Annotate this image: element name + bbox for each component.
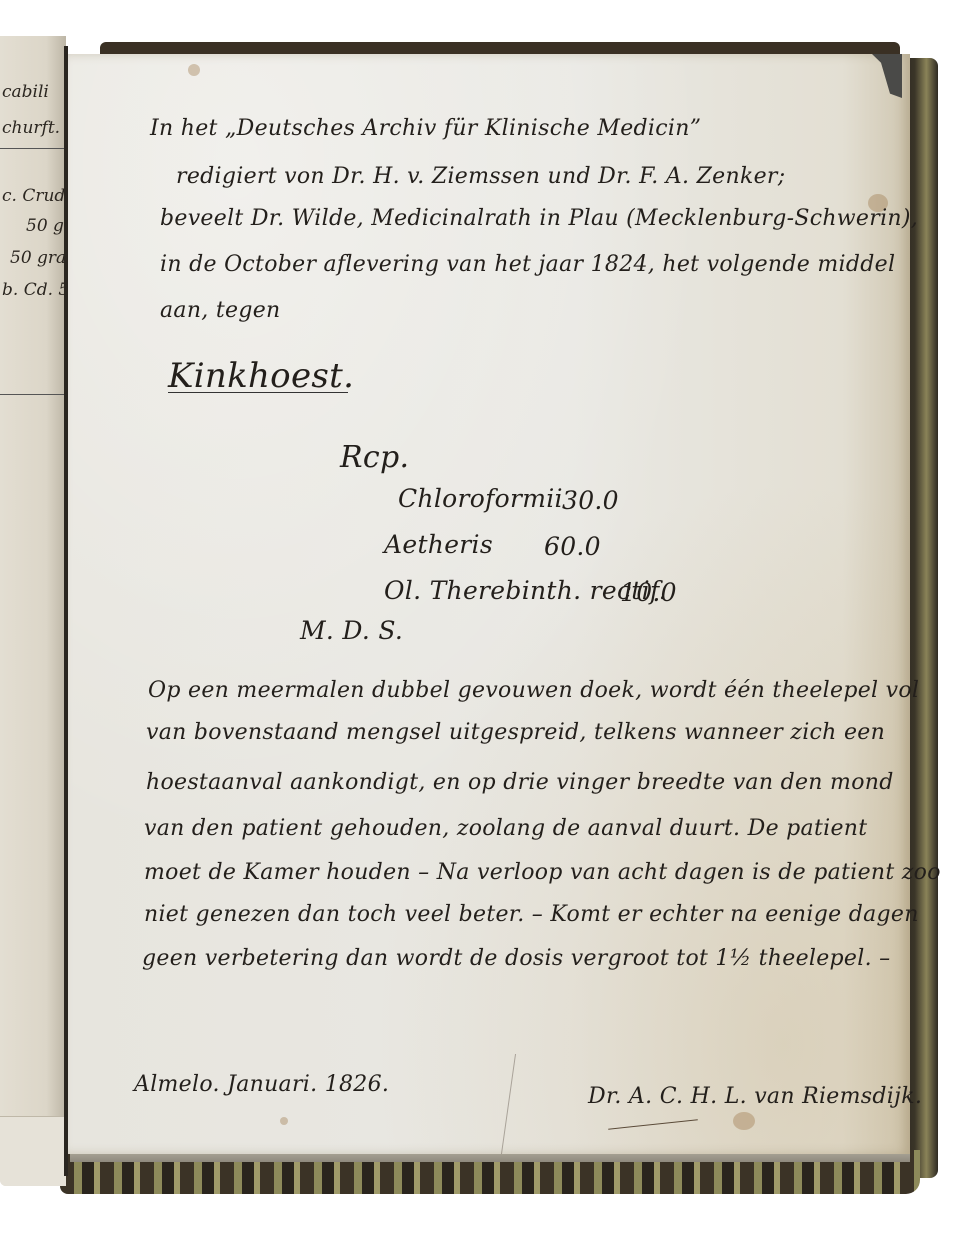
intro-line: aan, tegen [160, 298, 281, 323]
foxing-stain [188, 64, 200, 76]
recipe-symbol: Rcp. [340, 440, 409, 475]
heading-underline [168, 392, 348, 393]
left-rule [0, 148, 66, 149]
heading-kinkhoest: Kinkhoest. [168, 356, 354, 396]
intro-line: redigiert von Dr. H. v. Ziemssen und Dr.… [176, 164, 785, 189]
instruction-line: hoestaanval aankondigt, en op drie vinge… [146, 770, 894, 795]
instruction-line: niet genezen dan toch veel beter. – Komt… [144, 902, 919, 927]
left-fragment: 50 gram [26, 216, 66, 236]
left-rule [0, 394, 66, 395]
instruction-line: geen verbetering dan wordt de dosis verg… [142, 946, 890, 971]
left-page-fragment: cabili churft. c. Crud 50 gram 50 gram b… [0, 36, 66, 1186]
place-date: Almelo. Januari. 1826. [134, 1072, 389, 1097]
right-page: In het „Deutsches Archiv für Klinische M… [68, 54, 910, 1154]
ingredient-amount: 30.0 [562, 486, 619, 515]
ingredient-name: Aetheris [384, 530, 493, 559]
author-signature: Dr. A. C. H. L. van Riemsdijk. [588, 1084, 922, 1109]
foxing-stain [280, 1117, 288, 1125]
open-manuscript-book: cabili churft. c. Crud 50 gram 50 gram b… [0, 0, 962, 1260]
intro-line: beveelt Dr. Wilde, Medicinalrath in Plau… [160, 206, 918, 231]
left-fragment: c. Crud [2, 186, 65, 206]
ingredient-amount: 10.0 [620, 578, 677, 607]
instruction-line: moet de Kamer houden – Na verloop van ac… [144, 860, 941, 885]
left-fragment: cabili [2, 82, 49, 102]
instruction-line: van bovenstaand mengsel uitgespreid, tel… [146, 720, 885, 745]
intro-line: In het „Deutsches Archiv für Klinische M… [150, 116, 701, 141]
ingredient-name: Chloroformii [398, 484, 563, 513]
corner-tear [872, 54, 902, 98]
paper-crack [501, 1054, 518, 1154]
left-fragment: 50 gram [10, 248, 66, 268]
left-fragment: b. Cd. 50 gr [2, 280, 66, 300]
foxing-stain [733, 1112, 755, 1130]
signature-flourish [608, 1119, 698, 1129]
instruction-line: van den patient gehouden, zoolang de aan… [144, 816, 867, 841]
left-fragment: churft. [2, 118, 60, 138]
intro-line: in de October aflevering van het jaar 18… [160, 252, 895, 277]
ingredient-amount: 60.0 [544, 532, 601, 561]
instruction-line: Op een meermalen dubbel gevouwen doek, w… [148, 678, 919, 703]
signa-mds: M. D. S. [300, 616, 403, 645]
left-page-flap [0, 1116, 66, 1186]
